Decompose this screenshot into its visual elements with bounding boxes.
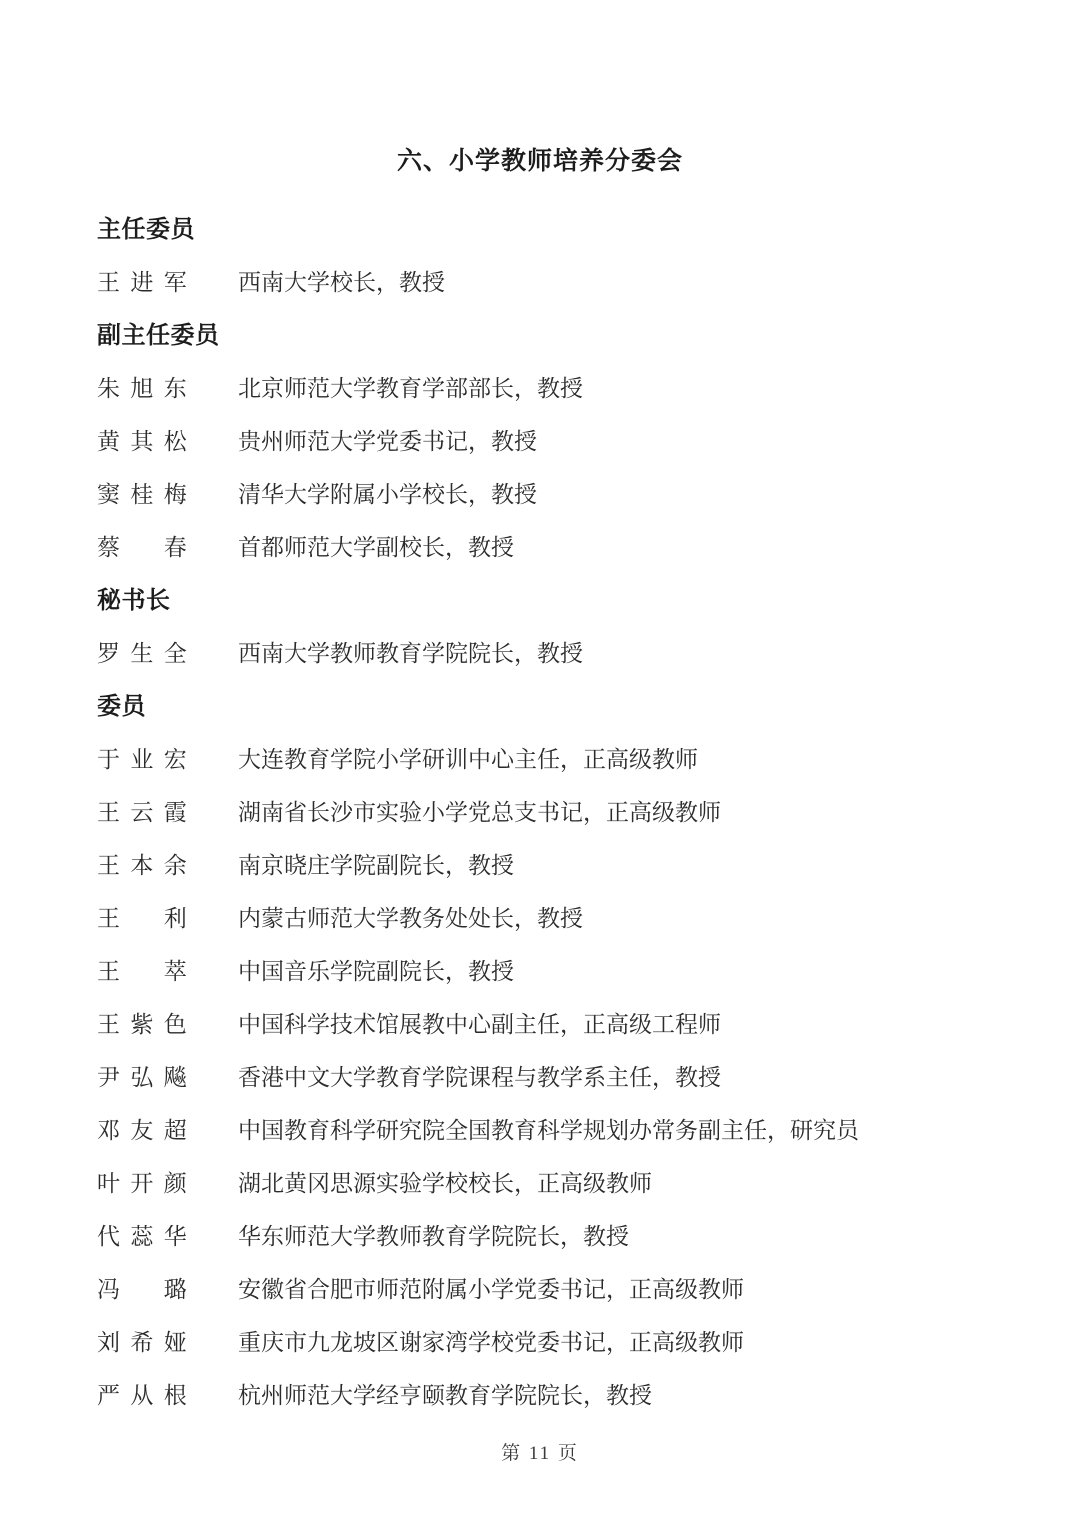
member-row: 尹弘飚香港中文大学教育学院课程与教学系主任，教授 <box>97 1051 1020 1104</box>
member-row: 窦桂梅清华大学附属小学校长，教授 <box>97 468 1020 521</box>
member-row: 冯 璐安徽省合肥市师范附属小学党委书记，正高级教师 <box>97 1263 1020 1316</box>
member-name: 王 利 <box>97 892 238 945</box>
section-heading-chairman: 主任委员 <box>97 203 1020 256</box>
page-number: 第 11 页 <box>0 1438 1080 1465</box>
member-name: 严从根 <box>97 1369 238 1422</box>
member-row: 于业宏大连教育学院小学研训中心主任，正高级教师 <box>97 733 1020 786</box>
member-row: 蔡 春首都师范大学副校长，教授 <box>97 521 1020 574</box>
member-role: 中国科学技术馆展教中心副主任，正高级工程师 <box>238 1012 721 1037</box>
member-name: 王紫色 <box>97 998 238 1051</box>
document-page: 六、小学教师培养分委会 主任委员 王进军西南大学校长，教授 副主任委员 朱旭东北… <box>0 0 1080 1527</box>
member-role: 北京师范大学教育学部部长，教授 <box>238 376 583 401</box>
member-role: 贵州师范大学党委书记，教授 <box>238 429 537 454</box>
member-name: 尹弘飚 <box>97 1051 238 1104</box>
member-role: 杭州师范大学经亨颐教育学院院长，教授 <box>238 1383 652 1408</box>
member-row: 王云霞湖南省长沙市实验小学党总支书记，正高级教师 <box>97 786 1020 839</box>
member-name: 王本余 <box>97 839 238 892</box>
member-row: 叶开颜湖北黄冈思源实验学校校长，正高级教师 <box>97 1157 1020 1210</box>
member-name: 代蕊华 <box>97 1210 238 1263</box>
member-role: 重庆市九龙坡区谢家湾学校党委书记，正高级教师 <box>238 1330 744 1355</box>
member-row: 严从根杭州师范大学经亨颐教育学院院长，教授 <box>97 1369 1020 1422</box>
member-role: 内蒙古师范大学教务处处长，教授 <box>238 906 583 931</box>
member-name: 叶开颜 <box>97 1157 238 1210</box>
page-title: 六、小学教师培养分委会 <box>0 0 1080 177</box>
member-row: 王 利内蒙古师范大学教务处处长，教授 <box>97 892 1020 945</box>
member-name: 朱旭东 <box>97 362 238 415</box>
member-role: 西南大学教师教育学院院长，教授 <box>238 641 583 666</box>
member-row: 代蕊华华东师范大学教师教育学院院长，教授 <box>97 1210 1020 1263</box>
member-row: 朱旭东北京师范大学教育学部部长，教授 <box>97 362 1020 415</box>
member-name: 于业宏 <box>97 733 238 786</box>
member-name: 刘希娅 <box>97 1316 238 1369</box>
section-heading-members: 委员 <box>97 680 1020 733</box>
member-role: 中国音乐学院副院长，教授 <box>238 959 514 984</box>
section-heading-vice-chairmen: 副主任委员 <box>97 309 1020 362</box>
member-role: 大连教育学院小学研训中心主任，正高级教师 <box>238 747 698 772</box>
member-name: 邓友超 <box>97 1104 238 1157</box>
member-row: 王本余南京晓庄学院副院长，教授 <box>97 839 1020 892</box>
member-row: 王进军西南大学校长，教授 <box>97 256 1020 309</box>
member-name: 窦桂梅 <box>97 468 238 521</box>
section-heading-secretary-general: 秘书长 <box>97 574 1020 627</box>
member-name: 冯 璐 <box>97 1263 238 1316</box>
member-name: 黄其松 <box>97 415 238 468</box>
member-name: 蔡 春 <box>97 521 238 574</box>
member-name: 王 萃 <box>97 945 238 998</box>
member-name: 王进军 <box>97 256 238 309</box>
member-row: 王 萃中国音乐学院副院长，教授 <box>97 945 1020 998</box>
member-name: 王云霞 <box>97 786 238 839</box>
member-role: 香港中文大学教育学院课程与教学系主任，教授 <box>238 1065 721 1090</box>
member-role: 华东师范大学教师教育学院院长，教授 <box>238 1224 629 1249</box>
member-row: 邓友超中国教育科学研究院全国教育科学规划办常务副主任，研究员 <box>97 1104 1020 1157</box>
member-row: 刘希娅重庆市九龙坡区谢家湾学校党委书记，正高级教师 <box>97 1316 1020 1369</box>
member-role: 中国教育科学研究院全国教育科学规划办常务副主任，研究员 <box>238 1118 859 1143</box>
member-role: 西南大学校长，教授 <box>238 270 445 295</box>
member-role: 清华大学附属小学校长，教授 <box>238 482 537 507</box>
member-role: 安徽省合肥市师范附属小学党委书记，正高级教师 <box>238 1277 744 1302</box>
member-role: 南京晓庄学院副院长，教授 <box>238 853 514 878</box>
member-role: 首都师范大学副校长，教授 <box>238 535 514 560</box>
member-name: 罗生全 <box>97 627 238 680</box>
member-role: 湖南省长沙市实验小学党总支书记，正高级教师 <box>238 800 721 825</box>
member-row: 罗生全西南大学教师教育学院院长，教授 <box>97 627 1020 680</box>
member-role: 湖北黄冈思源实验学校校长，正高级教师 <box>238 1171 652 1196</box>
member-row: 黄其松贵州师范大学党委书记，教授 <box>97 415 1020 468</box>
member-row: 王紫色中国科学技术馆展教中心副主任，正高级工程师 <box>97 998 1020 1051</box>
committee-list: 主任委员 王进军西南大学校长，教授 副主任委员 朱旭东北京师范大学教育学部部长，… <box>97 203 1020 1422</box>
